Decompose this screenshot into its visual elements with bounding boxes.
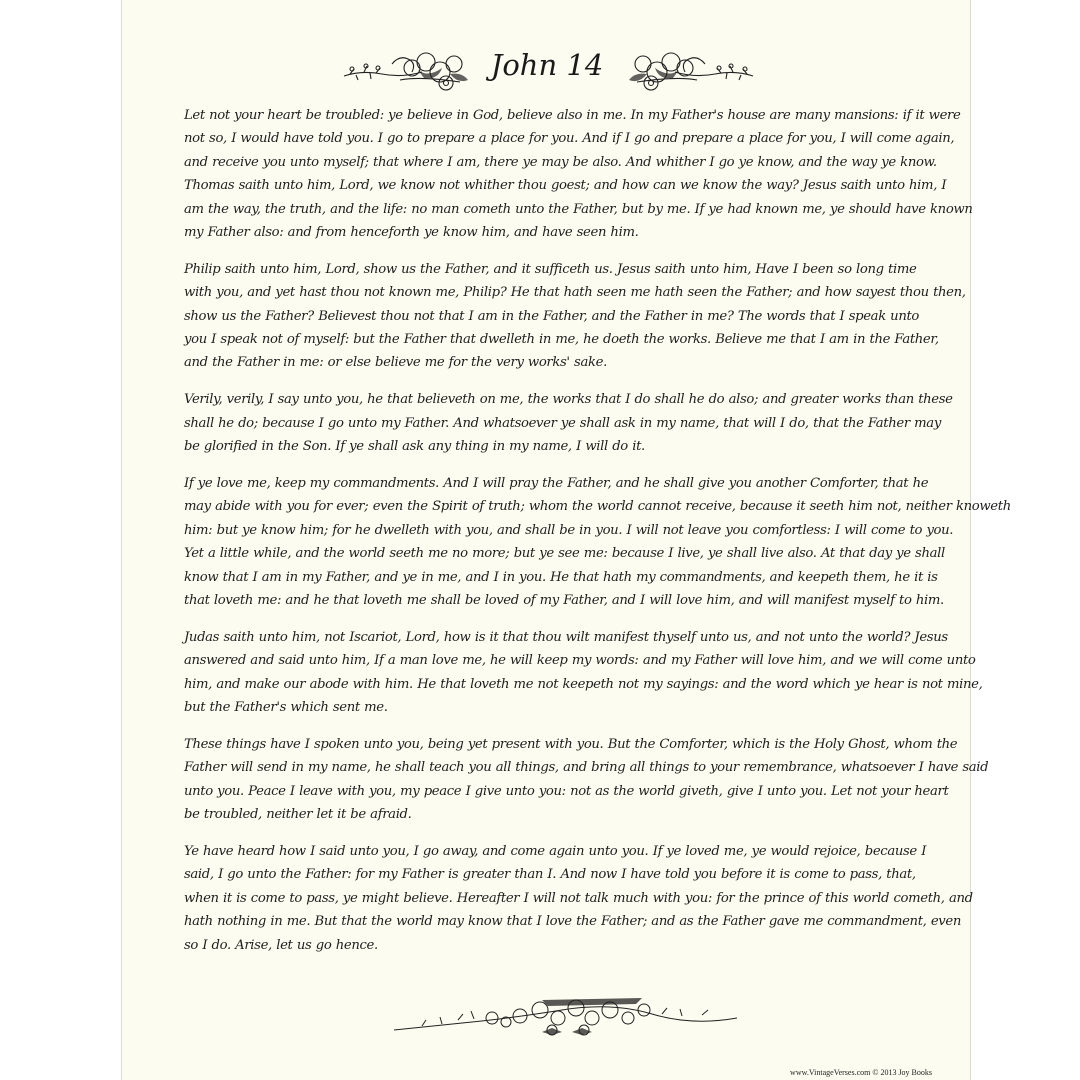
verse-line: you I speak not of myself: but the Fathe…	[184, 328, 964, 351]
verse-line: when it is come to pass, ye might believ…	[184, 887, 964, 910]
verse-line: Verily, verily, I say unto you, he that …	[184, 388, 964, 411]
verse-line: be glorified in the Son. If ye shall ask…	[184, 435, 964, 458]
verse-paragraph: Ye have heard how I said unto you, I go …	[184, 840, 964, 957]
verse-line: answered and said unto him, If a man lov…	[184, 649, 964, 672]
verse-paragraph: Judas saith unto him, not Iscariot, Lord…	[184, 626, 964, 720]
verse-line: Father will send in my name, he shall te…	[184, 756, 964, 779]
floral-ornament-right-icon	[620, 50, 755, 92]
verse-paragraph: Verily, verily, I say unto you, he that …	[184, 388, 964, 458]
floral-garland-ornament-icon	[392, 992, 742, 1036]
verse-paragraph: Philip saith unto him, Lord, show us the…	[184, 258, 964, 375]
verse-line: Philip saith unto him, Lord, show us the…	[184, 258, 964, 281]
verse-line: know that I am in my Father, and ye in m…	[184, 566, 964, 589]
verse-line: Ye have heard how I said unto you, I go …	[184, 840, 964, 863]
verse-paragraph: Let not your heart be troubled: ye belie…	[184, 104, 964, 244]
verse-line: unto you. Peace I leave with you, my pea…	[184, 780, 964, 803]
verse-line: shall he do; because I go unto my Father…	[184, 412, 964, 435]
verse-line: Let not your heart be troubled: ye belie…	[184, 104, 964, 127]
chapter-body: Let not your heart be troubled: ye belie…	[184, 104, 964, 970]
verse-line: said, I go unto the Father: for my Fathe…	[184, 863, 964, 886]
verse-line: and the Father in me: or else believe me…	[184, 351, 964, 374]
verse-line: him: but ye know him; for he dwelleth wi…	[184, 519, 964, 542]
verse-paragraph: If ye love me, keep my commandments. And…	[184, 472, 964, 612]
verse-line: Thomas saith unto him, Lord, we know not…	[184, 174, 964, 197]
verse-line: my Father also: and from henceforth ye k…	[184, 221, 964, 244]
verse-line: Judas saith unto him, not Iscariot, Lord…	[184, 626, 964, 649]
verse-line: If ye love me, keep my commandments. And…	[184, 472, 964, 495]
verse-line: so I do. Arise, let us go hence.	[184, 934, 964, 957]
verse-page: John 14 Let not your heart be troub	[121, 0, 971, 1080]
chapter-title: John 14	[482, 48, 612, 82]
verse-line: hath nothing in me. But that the world m…	[184, 910, 964, 933]
verse-line: but the Father's which sent me.	[184, 696, 964, 719]
verse-line: with you, and yet hast thou not known me…	[184, 281, 964, 304]
title-row: John 14	[122, 46, 970, 96]
verse-line: These things have I spoken unto you, bei…	[184, 733, 964, 756]
verse-line: may abide with you for ever; even the Sp…	[184, 495, 964, 518]
copyright-footer: www.VintageVerses.com © 2013 Joy Books	[790, 1068, 932, 1077]
floral-ornament-left-icon	[342, 50, 477, 92]
verse-line: show us the Father? Believest thou not t…	[184, 305, 964, 328]
verse-line: be troubled, neither let it be afraid.	[184, 803, 964, 826]
verse-line: and receive you unto myself; that where …	[184, 151, 964, 174]
verse-line: not so, I would have told you. I go to p…	[184, 127, 964, 150]
verse-line: him, and make our abode with him. He tha…	[184, 673, 964, 696]
verse-line: Yet a little while, and the world seeth …	[184, 542, 964, 565]
verse-line: that loveth me: and he that loveth me sh…	[184, 589, 964, 612]
verse-line: am the way, the truth, and the life: no …	[184, 198, 964, 221]
verse-paragraph: These things have I spoken unto you, bei…	[184, 733, 964, 827]
